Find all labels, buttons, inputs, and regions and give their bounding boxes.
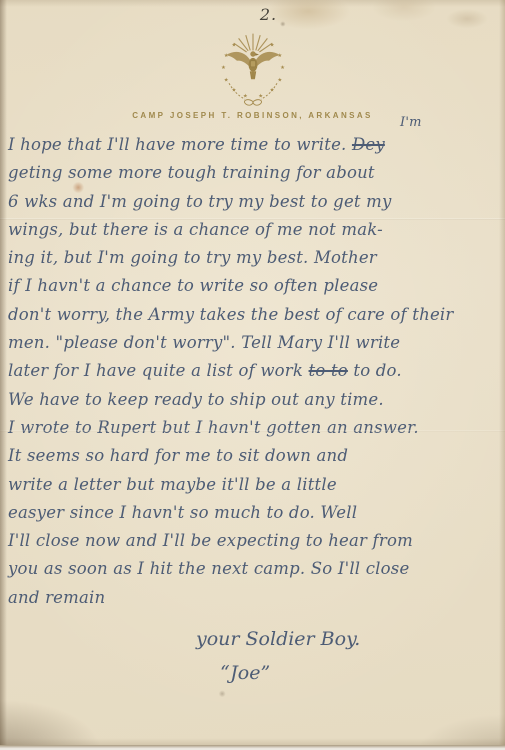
handwritten-line: you as soon as I hit the next camp. So I…	[8, 555, 501, 583]
eagle-icon	[225, 51, 279, 79]
svg-text:★: ★	[280, 65, 285, 71]
svg-text:★: ★	[277, 78, 282, 84]
closing-line: your Soldier Boy.	[196, 626, 501, 652]
letterhead-text: CAMP JOSEPH T. ROBINSON, ARKANSAS	[0, 111, 505, 120]
line9-text-end: to do.	[348, 361, 402, 380]
svg-text:★: ★	[231, 42, 236, 48]
handwritten-line: write a letter but maybe it'll be a litt…	[8, 471, 501, 499]
handwritten-line: easyer since I havn't so much to do. Wel…	[8, 499, 501, 527]
handwritten-line: later for I have quite a list of work to…	[8, 357, 501, 385]
inserted-word-above-line: I'm	[400, 116, 422, 129]
svg-text:★: ★	[277, 53, 282, 59]
handwritten-line: I hope that I'll have more time to write…	[8, 131, 501, 159]
svg-text:★: ★	[242, 94, 247, 100]
sunburst-rays	[233, 34, 271, 52]
handwritten-line: We have to keep ready to ship out any ti…	[8, 386, 501, 414]
letter-body: I hope that I'll have more time to write…	[8, 131, 501, 686]
svg-text:★: ★	[223, 53, 228, 59]
handwritten-line: geting some more tough training for abou…	[8, 159, 501, 187]
page-number: 2.	[0, 5, 505, 24]
handwritten-line: don't worry, the Army takes the best of …	[8, 301, 501, 329]
letter-page: 2. ★★★ ★★★ ★★★ ★★★	[0, 0, 505, 750]
laurel-bow	[229, 83, 277, 105]
eagle-seal-emblem: ★★★ ★★★ ★★★ ★★★	[213, 24, 293, 112]
svg-text:★: ★	[223, 78, 228, 84]
handwritten-line: I'll close now and I'll be expecting to …	[8, 527, 501, 555]
paper-bottom-edge	[0, 745, 505, 750]
handwritten-line: It seems so hard for me to sit down and	[8, 442, 501, 470]
line1-text: I hope that I'll have more time to write…	[8, 135, 352, 154]
line9-text: later for I have quite a list of work	[8, 361, 309, 380]
handwritten-line: if I havn't a chance to write so often p…	[8, 272, 501, 300]
signature: “Joe”	[220, 660, 501, 686]
struck-out-word: Dey	[352, 135, 385, 154]
handwritten-line: ing it, but I'm going to try my best. Mo…	[8, 244, 501, 272]
handwritten-line: and remain	[8, 584, 501, 612]
svg-text:★: ★	[220, 65, 225, 71]
struck-out-word: to to	[309, 361, 348, 380]
handwritten-line: men. "please don't worry". Tell Mary I'l…	[8, 329, 501, 357]
svg-text:★: ★	[269, 42, 274, 48]
handwritten-line: 6 wks and I'm going to try my best to ge…	[8, 188, 501, 216]
handwritten-line: wings, but there is a chance of me not m…	[8, 216, 501, 244]
handwritten-line: I wrote to Rupert but I havn't gotten an…	[8, 414, 501, 442]
svg-text:★: ★	[258, 94, 263, 100]
